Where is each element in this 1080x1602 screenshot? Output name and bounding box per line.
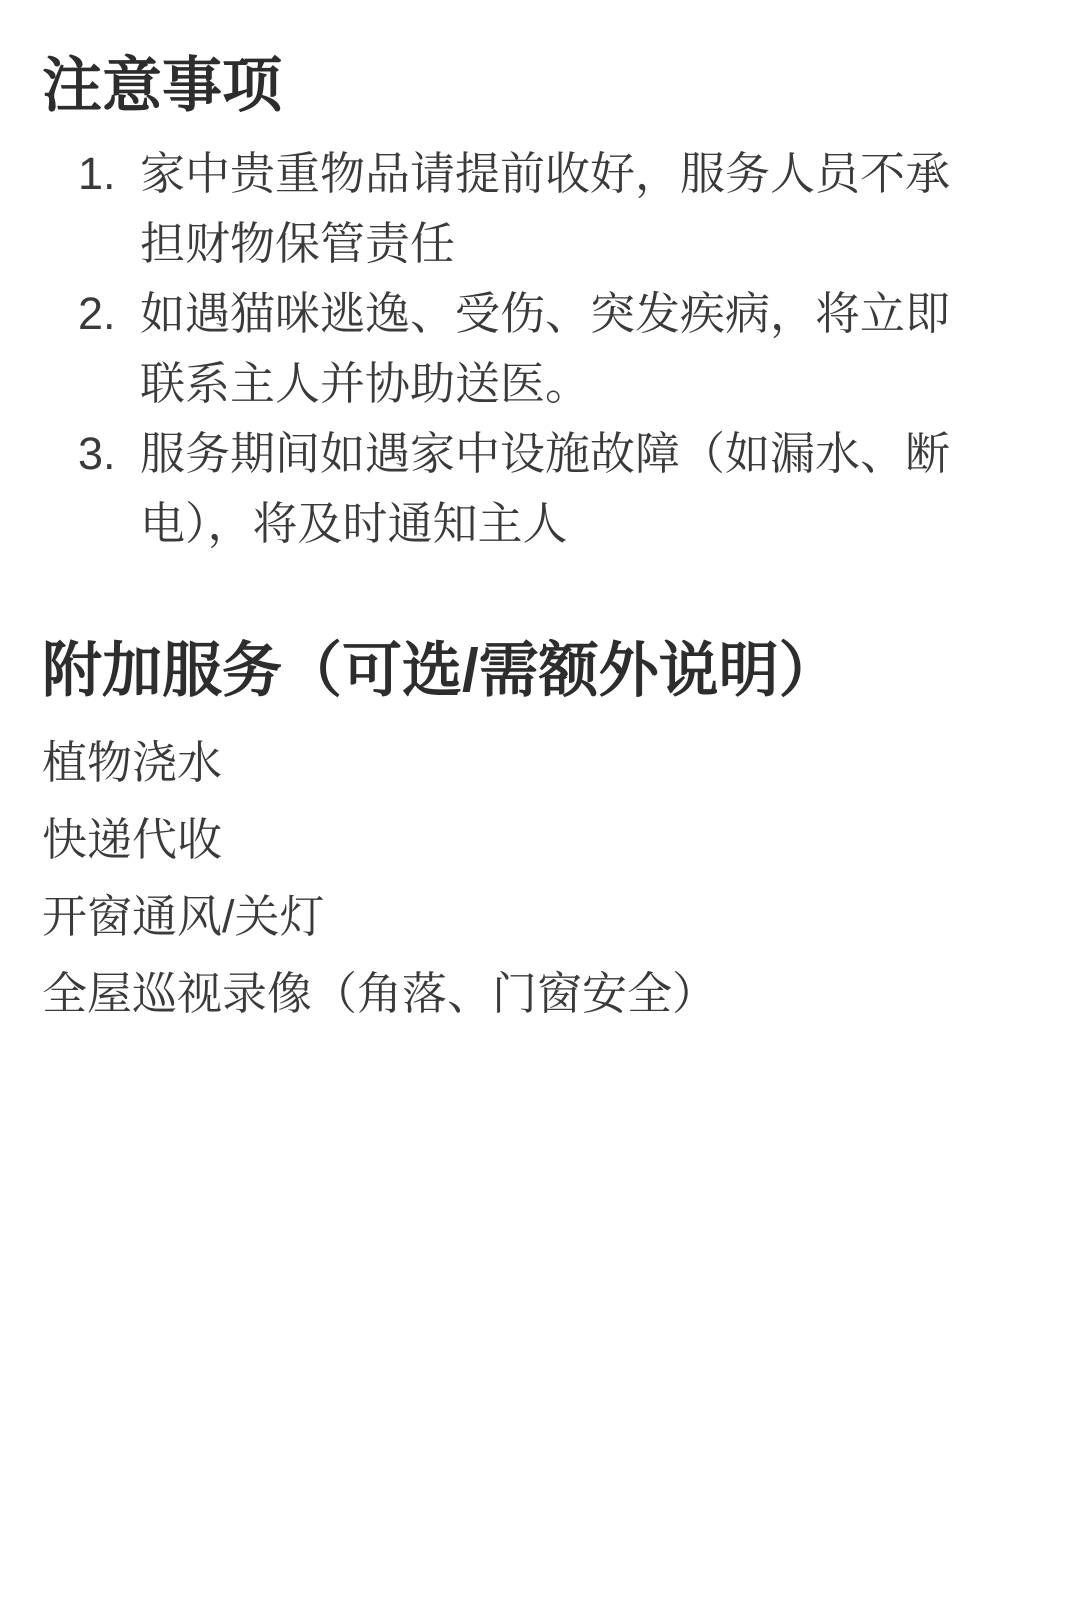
notice-item-3-text: 服务期间如遇家中设施故障（如漏水、断 电），将及时通知主人 xyxy=(140,419,1040,559)
addons-list: 植物浇水 快递代收 开窗通风/关灯 全屋巡视录像（角落、门窗安全） xyxy=(42,728,1040,1029)
notice-item-1-number: 1. xyxy=(78,139,140,209)
addons-section-title: 附加服务（可选/需额外说明） xyxy=(42,629,1040,713)
notice-item-2-text: 如遇猫咪逃逸、受伤、突发疾病，将立即 联系主人并协助送医。 xyxy=(140,279,1040,419)
notice-item-3: 3. 服务期间如遇家中设施故障（如漏水、断 电），将及时通知主人 xyxy=(42,419,1040,559)
addon-item-plant-watering: 植物浇水 xyxy=(42,728,1040,798)
notice-item-3-number: 3. xyxy=(78,419,140,489)
notice-item-1: 1. 家中贵重物品请提前收好，服务人员不承 担财物保管责任 xyxy=(42,139,1040,279)
notice-section-title: 注意事项 xyxy=(42,44,1040,128)
addon-item-ventilation-lights: 开窗通风/关灯 xyxy=(42,882,1040,952)
notes-page: 注意事项 1. 家中贵重物品请提前收好，服务人员不承 担财物保管责任 2. 如遇… xyxy=(0,0,1080,1029)
notice-item-2-number: 2. xyxy=(78,279,140,349)
notice-list: 1. 家中贵重物品请提前收好，服务人员不承 担财物保管责任 2. 如遇猫咪逃逸、… xyxy=(42,139,1040,559)
notice-item-2: 2. 如遇猫咪逃逸、受伤、突发疾病，将立即 联系主人并协助送医。 xyxy=(42,279,1040,419)
notice-item-1-text: 家中贵重物品请提前收好，服务人员不承 担财物保管责任 xyxy=(140,139,1040,279)
addon-item-package-receiving: 快递代收 xyxy=(42,805,1040,875)
addon-item-house-inspection-video: 全屋巡视录像（角落、门窗安全） xyxy=(42,959,1040,1029)
